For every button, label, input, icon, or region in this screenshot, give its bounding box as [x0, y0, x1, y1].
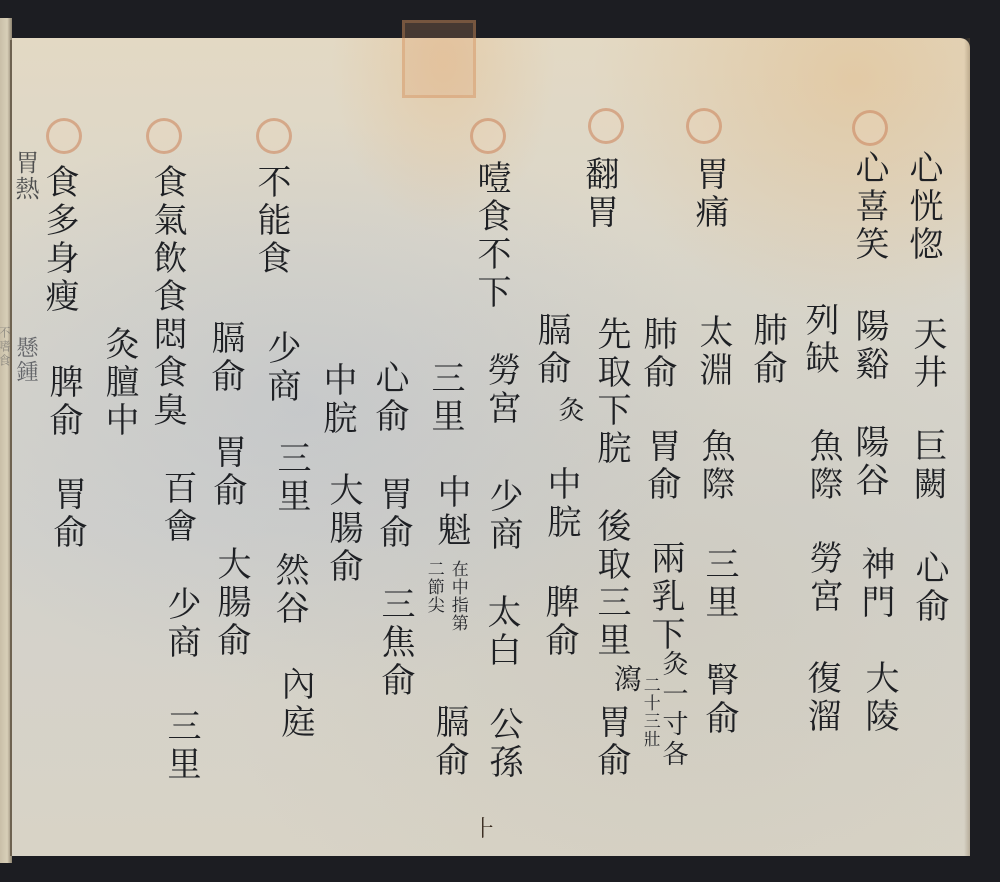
instruction: 灸 — [556, 396, 582, 426]
symptom-heading: 心恍惚 — [906, 150, 940, 264]
symptom-heading: 噎食不下 — [474, 160, 508, 312]
acupoint: 大腸俞 — [326, 472, 360, 586]
binding-hole — [852, 110, 888, 146]
symptom-heading: 食多身瘦 — [42, 164, 76, 316]
binding-hole — [470, 118, 506, 154]
binding-hole — [686, 108, 722, 144]
acupoint: 中魁 — [434, 474, 468, 550]
acupoint: 三里 — [164, 708, 198, 784]
acupoint: 內庭 — [278, 666, 312, 742]
symptom-heading: 不能食 — [254, 164, 288, 278]
instruction: 灸膻中 — [102, 326, 136, 440]
annotation-note: 在中指第 — [448, 560, 467, 632]
acupoint: 心俞 — [912, 550, 946, 626]
acupoint: 神門 — [858, 546, 892, 622]
acupoint: 魚際 — [698, 428, 732, 504]
binding-hole — [588, 108, 624, 144]
acupoint: 三里 — [428, 360, 462, 436]
acupoint: 復溜 — [804, 660, 838, 736]
acupoint: 胃俞 — [376, 476, 410, 552]
page-mark: ⺊ — [474, 812, 496, 843]
acupoint: 肺俞 — [640, 316, 674, 392]
binding-hole — [46, 118, 82, 154]
acupoint: 肺俞 — [750, 312, 784, 388]
acupoint: 魚際 — [806, 428, 840, 504]
acupoint: 胃俞 — [50, 476, 84, 552]
acupoint: 陽谷 — [852, 424, 886, 500]
acupoint: 脾俞 — [46, 364, 80, 440]
acupoint: 膈俞 — [432, 704, 466, 780]
symptom-heading: 食氣飲食悶食臭 — [150, 164, 184, 430]
acupoint: 脾俞 — [542, 584, 576, 660]
acupoint: 胃俞 — [210, 434, 244, 510]
acupoint: 中脘 — [320, 362, 354, 438]
edge-fragment-text: 胃熱 — [8, 150, 43, 202]
acupoint: 陽谿 — [852, 308, 886, 384]
instruction: 先取下脘 — [594, 316, 628, 468]
binding-hole — [256, 118, 292, 154]
acupoint: 勞宮 — [484, 352, 518, 428]
edge-fragment-text: 不嗜食 — [0, 326, 13, 368]
acupoint: 勞宮 — [806, 540, 840, 616]
acupoint: 心俞 — [372, 360, 406, 436]
instruction: 瀉 — [612, 664, 640, 696]
acupoint: 三里 — [274, 440, 308, 516]
acupoint: 百會 — [160, 470, 194, 546]
acupoint: 膈俞 — [208, 320, 242, 396]
acupoint: 巨闕 — [910, 428, 944, 504]
acupoint: 膈俞 — [534, 312, 568, 388]
acupoint: 胃俞 — [644, 428, 678, 504]
annotation-note: 二節尖 — [424, 560, 443, 614]
symptom-heading: 翻胃 — [582, 156, 616, 232]
acupoint: 列缺 — [802, 302, 836, 378]
acupoint: 中脘 — [544, 466, 578, 542]
moxibustion-instruction: 灸一寸各 — [660, 650, 686, 770]
acupoint: 然谷 — [272, 552, 306, 628]
acupoint: 太淵 — [696, 314, 730, 390]
acupoint: 胃俞 — [594, 704, 628, 780]
acupoint: 公孫 — [486, 706, 520, 782]
acupoint: 天井 — [910, 316, 944, 392]
acupoint: 少商 — [164, 586, 198, 662]
acupoint: 少商 — [264, 330, 298, 406]
instruction: 後取三里 — [594, 508, 628, 660]
acupoint: 太白 — [484, 594, 518, 670]
acupoint: 大陵 — [862, 660, 896, 736]
seal-stamp — [402, 20, 476, 98]
acupoint: 少商 — [486, 478, 520, 554]
acupoint: 腎俞 — [702, 662, 736, 738]
acupoint: 兩乳下 — [648, 540, 682, 654]
acupoint: 大腸俞 — [214, 546, 248, 660]
edge-fragment-text: 懸鍾 — [10, 336, 41, 384]
symptom-heading: 胃痛 — [692, 156, 726, 232]
acupoint: 三里 — [702, 546, 736, 622]
symptom-heading: 心喜笑 — [852, 150, 886, 264]
acupoint: 三焦俞 — [378, 586, 412, 700]
page-edge-shadow — [964, 38, 970, 856]
binding-hole — [146, 118, 182, 154]
